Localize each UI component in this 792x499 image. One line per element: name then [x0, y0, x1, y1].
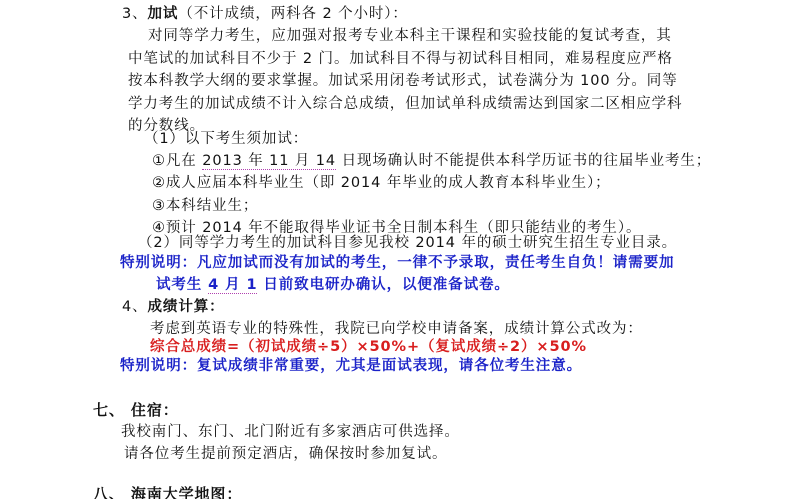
- list-item-1: ①凡在 2013 年 11 月 14 日现场确认时不能提供本科学历证书的往届毕业…: [152, 150, 711, 172]
- accommodation-line: 我校南门、东门、北门附近有多家酒店可供选择。: [121, 421, 460, 443]
- section-title-note: （不计成绩，两科各 2 个小时）：: [178, 6, 408, 22]
- subsection-2-text: （2）同等学力考生的加试科目参见我校 2014 年的硕士研究生招生专业目录。: [138, 232, 677, 254]
- date-text: 4 月 1: [208, 277, 257, 294]
- section-number: 3、: [122, 6, 148, 22]
- section-3-heading: 3、加试（不计成绩，两科各 2 个小时）：: [122, 3, 408, 25]
- paragraph-line: 对同等学力考生，应加强对报考专业本科主干课程和实验技能的复试考查，其: [148, 25, 672, 47]
- paragraph-line: 学力考生的加试成绩不计入综合总成绩，但加试单科成绩需达到国家二区相应学科: [128, 93, 682, 115]
- list-item-3: ③本科结业生；: [152, 195, 258, 217]
- special-notice: 特别说明：复试成绩非常重要，尤其是面试表现，请各位考生注意。: [120, 355, 582, 377]
- section-title: 加试: [148, 6, 179, 22]
- accommodation-line: 请各位考生提前预定酒店，确保按时参加复试。: [124, 443, 447, 465]
- paragraph-line: 按本科教学大纲的要求掌握。加试采用闭卷考试形式，试卷满分为 100 分。同等: [128, 70, 678, 92]
- section-4-heading: 4、成绩计算：: [122, 296, 225, 318]
- list-item-2: ②成人应届本科毕业生（即 2014 年毕业的成人教育本科毕业生）；: [152, 172, 611, 194]
- section-8-heading: 八、 海南大学地图：: [93, 483, 242, 499]
- section-7-heading: 七、 住宿：: [93, 399, 179, 421]
- subsection-1-title: （1）以下考生须加试：: [144, 128, 308, 150]
- section-number: 4、: [122, 299, 148, 315]
- section-title: 成绩计算：: [148, 299, 225, 315]
- date-text: 2013 年 11 月 14: [202, 153, 336, 170]
- special-notice-line-1: 特别说明：凡应加试而没有加试的考生，一律不予录取，责任考生自负！请需要加: [120, 252, 674, 274]
- paragraph-line: 中笔试的加试科目不少于 2 门。加试科目不得与初试科目相同，难易程度应严格: [128, 48, 673, 70]
- special-notice-line-2: 试考生 4 月 1 日前致电研办确认，以便准备试卷。: [156, 274, 510, 296]
